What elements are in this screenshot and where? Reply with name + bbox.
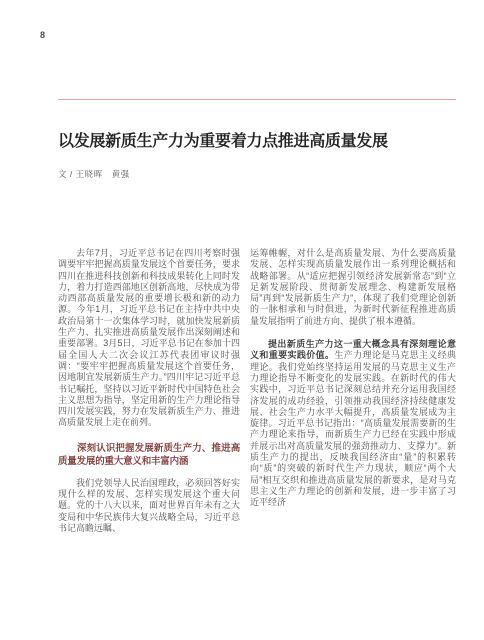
text-column-right: 运筹帷幄，对什么是高质量发展、为什么要高质量发展、怎样实现高质量发展作出一系列理… xyxy=(250,248,456,534)
header-rule xyxy=(58,99,456,100)
paragraph: 去年7月，习近平总书记在四川考察时强调要牢牢把握高质量发展这个首要任务，要求四川… xyxy=(58,248,240,429)
text-column-left: 去年7月，习近平总书记在四川考察时强调要牢牢把握高质量发展这个首要任务，要求四川… xyxy=(58,248,240,534)
magazine-page: 8 以发展新质生产力为重要着力点推进高质量发展 文 / 王晓晖 黄强 去年7月，… xyxy=(0,0,484,640)
byline: 文 / 王晓晖 黄强 xyxy=(58,168,130,180)
paragraph: 我们党领导人民治国理政，必须回答好实现什么样的发展、怎样实现发展这个重大问题。党… xyxy=(58,478,240,534)
paragraph-continuation: 运筹帷幄，对什么是高质量发展、为什么要高质量发展、怎样实现高质量发展作出一系列理… xyxy=(250,248,456,327)
article-title: 以发展新质生产力为重要着力点推进高质量发展 xyxy=(58,132,458,152)
paragraph-text: 生产力理论是马克思主义经典理论。我们党始终坚持运用发展的马克思主义生产力理论指导… xyxy=(250,350,456,507)
section-heading: 深刻认识把握发展新质生产力、推进高质量发展的重大意义和丰富内涵 xyxy=(58,442,240,468)
page-number: 8 xyxy=(40,30,45,40)
article-body: 去年7月，习近平总书记在四川考察时强调要牢牢把握高质量发展这个首要任务，要求四川… xyxy=(58,248,456,534)
paragraph: 提出新质生产力这一重大概念具有深刻理论意义和重要实践价值。生产力理论是马克思主义… xyxy=(250,339,456,508)
